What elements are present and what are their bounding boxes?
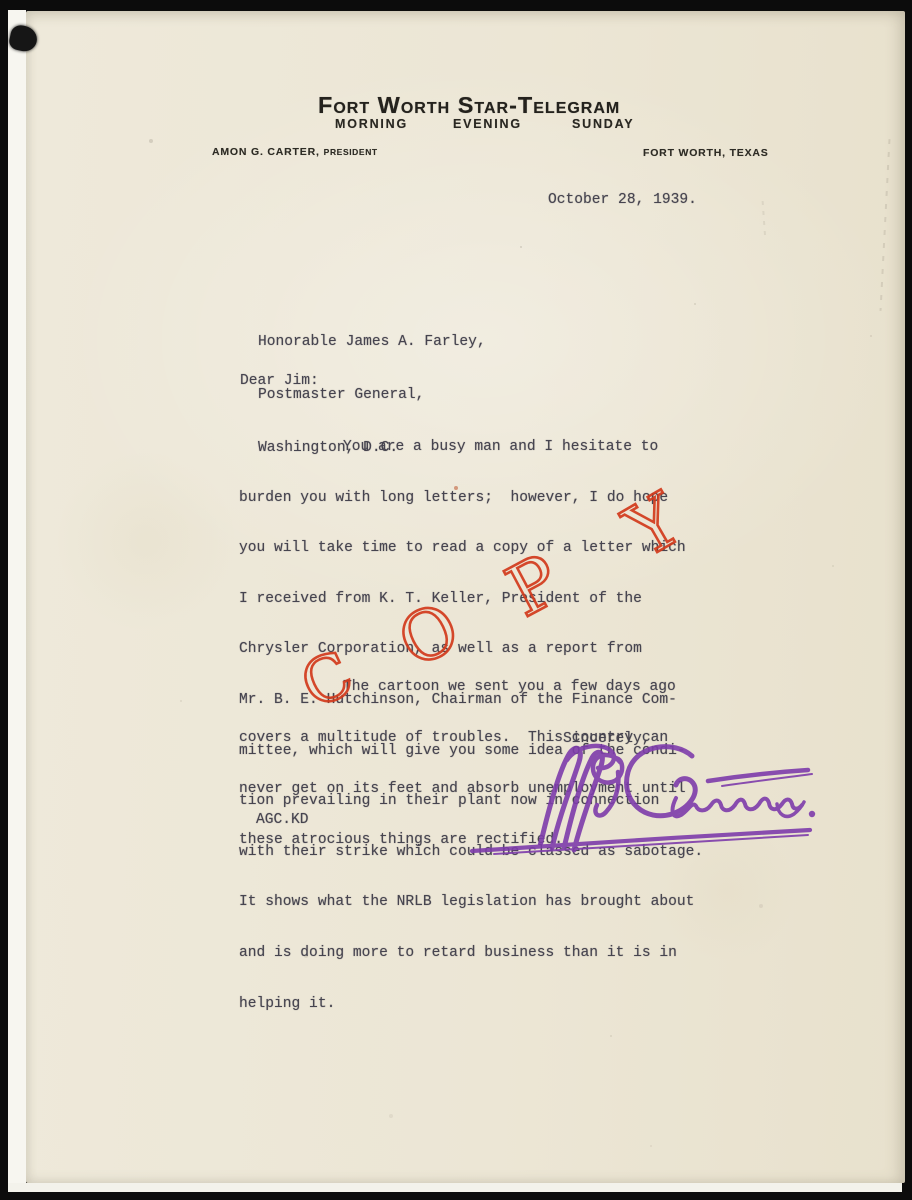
paper-crease-mark-small	[762, 201, 767, 241]
signature	[460, 740, 825, 862]
stamp-letter-o: O	[387, 588, 472, 683]
stamp-letter-c: C	[290, 636, 364, 722]
stamp-letter-p: P	[494, 539, 574, 634]
paper-crease-mark	[880, 139, 891, 311]
scan-edge-bottom	[8, 1183, 902, 1192]
letterhead-edition-morning: MORNING	[335, 117, 408, 131]
body-line: helping it.	[239, 995, 703, 1014]
body-line: It shows what the NRLB legislation has b…	[239, 893, 703, 912]
letter-date: October 28, 1939.	[548, 192, 697, 208]
typist-initials: AGC.KD	[256, 812, 309, 828]
body-line: You are a busy man and I hesitate to	[239, 438, 703, 457]
president-title: PRESIDENT	[324, 147, 378, 157]
letterhead-president-line: AMON G. CARTER,PRESIDENT	[212, 146, 378, 158]
signature-stroke	[540, 748, 580, 848]
signature-underline	[472, 830, 810, 851]
recipient-line: Honorable James A. Farley,	[258, 332, 486, 353]
scanned-letter-page: Fort Worth Star-Telegram MORNING EVENING…	[0, 0, 912, 1200]
copy-stamp: C O P Y	[290, 480, 720, 730]
body-line: and is doing more to retard business tha…	[239, 944, 703, 963]
letterhead-edition-evening: EVENING	[453, 117, 522, 131]
scan-edge-left	[8, 10, 26, 1192]
signature-stroke	[627, 747, 696, 816]
letterhead-edition-sunday: SUNDAY	[572, 117, 634, 131]
paper-speckles	[26, 11, 28, 13]
president-name: AMON G. CARTER,	[212, 146, 320, 158]
letterhead-city-line: FORT WORTH, TEXAS	[643, 147, 769, 159]
letterhead-title: Fort Worth Star-Telegram	[318, 92, 620, 119]
signature-period	[809, 811, 815, 817]
salutation: Dear Jim:	[240, 373, 319, 389]
stamp-letter-y: Y	[611, 480, 696, 574]
